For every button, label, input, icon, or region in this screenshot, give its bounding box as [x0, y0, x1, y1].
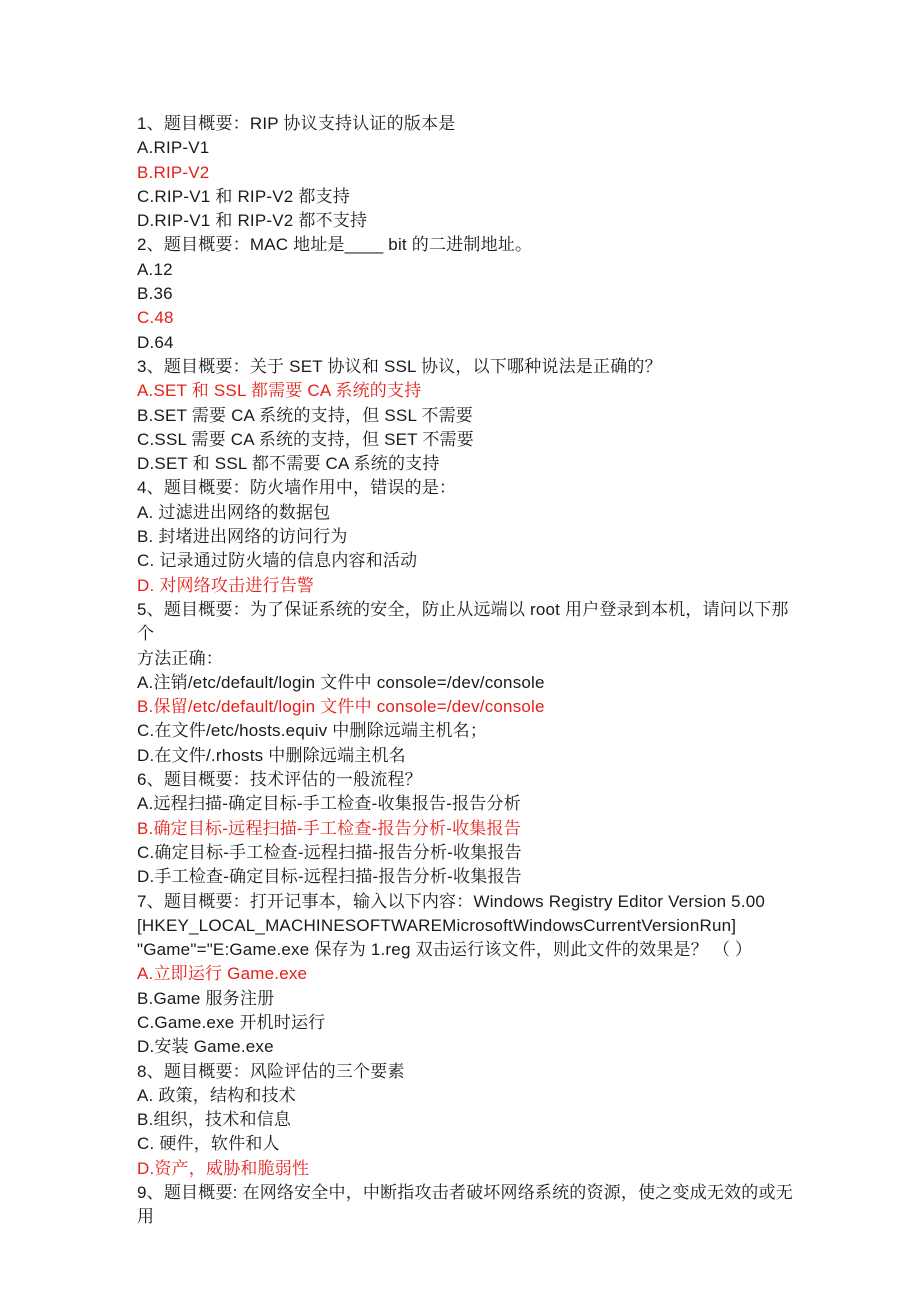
question-block: 9、题目概要: 在网络安全中，中断指攻击者破坏网络系统的资源，使之变成无效的或无…: [137, 1181, 793, 1230]
question-stem-line: 8、题目概要：风险评估的三个要素: [137, 1060, 793, 1084]
question-stem-line: 4、题目概要：防火墙作用中，错误的是：: [137, 476, 793, 500]
question-number: 9、: [137, 1181, 164, 1205]
question-number: 6、: [137, 768, 164, 792]
question-block: 6、题目概要：技术评估的一般流程？A.远程扫描-确定目标-手工检查-收集报告-报…: [137, 768, 793, 889]
question-stem-text: 题目概要：风险评估的三个要素: [164, 1062, 405, 1081]
answer-option: B.36: [137, 282, 793, 306]
question-block: 2、题目概要：MAC 地址是____ bit 的二进制地址。A.12B.36C.…: [137, 233, 793, 354]
answer-option: B.Game 服务注册: [137, 987, 793, 1011]
answer-option-correct: C.48: [137, 306, 793, 330]
answer-option: C.在文件/etc/hosts.equiv 中删除远端主机名；: [137, 719, 793, 743]
answer-option: A.远程扫描-确定目标-手工检查-收集报告-报告分析: [137, 792, 793, 816]
question-number: 7、: [137, 890, 164, 914]
answer-option: D.64: [137, 331, 793, 355]
answer-option: D.SET 和 SSL 都不需要 CA 系统的支持: [137, 452, 793, 476]
answer-option-correct: B.保留/etc/default/login 文件中 console=/dev/…: [137, 695, 793, 719]
answer-option: B.SET 需要 CA 系统的支持，但 SSL 不需要: [137, 404, 793, 428]
question-stem-text: 题目概要：RIP 协议支持认证的版本是: [164, 114, 456, 133]
answer-option: B. 封堵进出网络的访问行为: [137, 525, 793, 549]
answer-option: C.RIP-V1 和 RIP-V2 都支持: [137, 185, 793, 209]
answer-option: B.组织，技术和信息: [137, 1108, 793, 1132]
question-number: 3、: [137, 355, 164, 379]
question-stem-text: 题目概要：MAC 地址是____ bit 的二进制地址。: [164, 235, 532, 254]
answer-option: C. 硬件，软件和人: [137, 1132, 793, 1156]
question-block: 1、题目概要：RIP 协议支持认证的版本是A.RIP-V1B.RIP-V2C.R…: [137, 112, 793, 233]
answer-option: A.注销/etc/default/login 文件中 console=/dev/…: [137, 671, 793, 695]
answer-option: D.安装 Game.exe: [137, 1035, 793, 1059]
answer-option-correct: D.资产，威胁和脆弱性: [137, 1157, 793, 1181]
question-stem-line: 9、题目概要: 在网络安全中，中断指攻击者破坏网络系统的资源，使之变成无效的或无…: [137, 1181, 793, 1230]
question-stem-text: 题目概要：技术评估的一般流程？: [164, 770, 422, 789]
question-stem-text: 题目概要：为了保证系统的安全，防止从远端以 root 用户登录到本机，请问以下那…: [137, 600, 789, 668]
answer-option: D.手工检查-确定目标-远程扫描-报告分析-收集报告: [137, 865, 793, 889]
question-block: 5、题目概要：为了保证系统的安全，防止从远端以 root 用户登录到本机，请问以…: [137, 598, 793, 768]
question-number: 2、: [137, 233, 164, 257]
answer-option: A.RIP-V1: [137, 136, 793, 160]
question-stem-line: 7、题目概要：打开记事本，输入以下内容：Windows Registry Edi…: [137, 890, 793, 963]
answer-option: C.确定目标-手工检查-远程扫描-报告分析-收集报告: [137, 841, 793, 865]
answer-option-correct: B.确定目标-远程扫描-手工检查-报告分析-收集报告: [137, 817, 793, 841]
document-page: 1、题目概要：RIP 协议支持认证的版本是A.RIP-V1B.RIP-V2C.R…: [0, 0, 920, 1302]
question-stem-line: 3、题目概要：关于 SET 协议和 SSL 协议，以下哪种说法是正确的？: [137, 355, 793, 379]
answer-option-correct: D. 对网络攻击进行告警: [137, 574, 793, 598]
answer-option-correct: A.SET 和 SSL 都需要 CA 系统的支持: [137, 379, 793, 403]
answer-option-correct: B.RIP-V2: [137, 161, 793, 185]
question-number: 4、: [137, 476, 164, 500]
question-number: 8、: [137, 1060, 164, 1084]
question-stem-text: 题目概要：打开记事本，输入以下内容：Windows Registry Edito…: [137, 892, 765, 960]
answer-option: A.12: [137, 258, 793, 282]
question-stem-line: 5、题目概要：为了保证系统的安全，防止从远端以 root 用户登录到本机，请问以…: [137, 598, 793, 671]
question-stem-text: 题目概要：关于 SET 协议和 SSL 协议，以下哪种说法是正确的？: [164, 357, 662, 376]
question-list: 1、题目概要：RIP 协议支持认证的版本是A.RIP-V1B.RIP-V2C.R…: [137, 112, 793, 1230]
question-stem-line: 6、题目概要：技术评估的一般流程？: [137, 768, 793, 792]
question-block: 7、题目概要：打开记事本，输入以下内容：Windows Registry Edi…: [137, 890, 793, 1060]
answer-option: C.Game.exe 开机时运行: [137, 1011, 793, 1035]
question-number: 1、: [137, 112, 164, 136]
question-block: 8、题目概要：风险评估的三个要素A. 政策，结构和技术B.组织，技术和信息C. …: [137, 1060, 793, 1181]
question-stem-text: 题目概要：防火墙作用中，错误的是：: [164, 478, 456, 497]
answer-option: A. 过滤进出网络的数据包: [137, 501, 793, 525]
question-number: 5、: [137, 598, 164, 622]
answer-option: C. 记录通过防火墙的信息内容和活动: [137, 549, 793, 573]
question-block: 3、题目概要：关于 SET 协议和 SSL 协议，以下哪种说法是正确的？A.SE…: [137, 355, 793, 476]
answer-option: D.在文件/.rhosts 中删除远端主机名: [137, 744, 793, 768]
answer-option-correct: A.立即运行 Game.exe: [137, 962, 793, 986]
question-stem-line: 1、题目概要：RIP 协议支持认证的版本是: [137, 112, 793, 136]
answer-option: A. 政策，结构和技术: [137, 1084, 793, 1108]
question-stem-text: 题目概要: 在网络安全中，中断指攻击者破坏网络系统的资源，使之变成无效的或无用: [137, 1183, 793, 1226]
answer-option: D.RIP-V1 和 RIP-V2 都不支持: [137, 209, 793, 233]
question-stem-line: 2、题目概要：MAC 地址是____ bit 的二进制地址。: [137, 233, 793, 257]
answer-option: C.SSL 需要 CA 系统的支持，但 SET 不需要: [137, 428, 793, 452]
question-block: 4、题目概要：防火墙作用中，错误的是：A. 过滤进出网络的数据包B. 封堵进出网…: [137, 476, 793, 597]
